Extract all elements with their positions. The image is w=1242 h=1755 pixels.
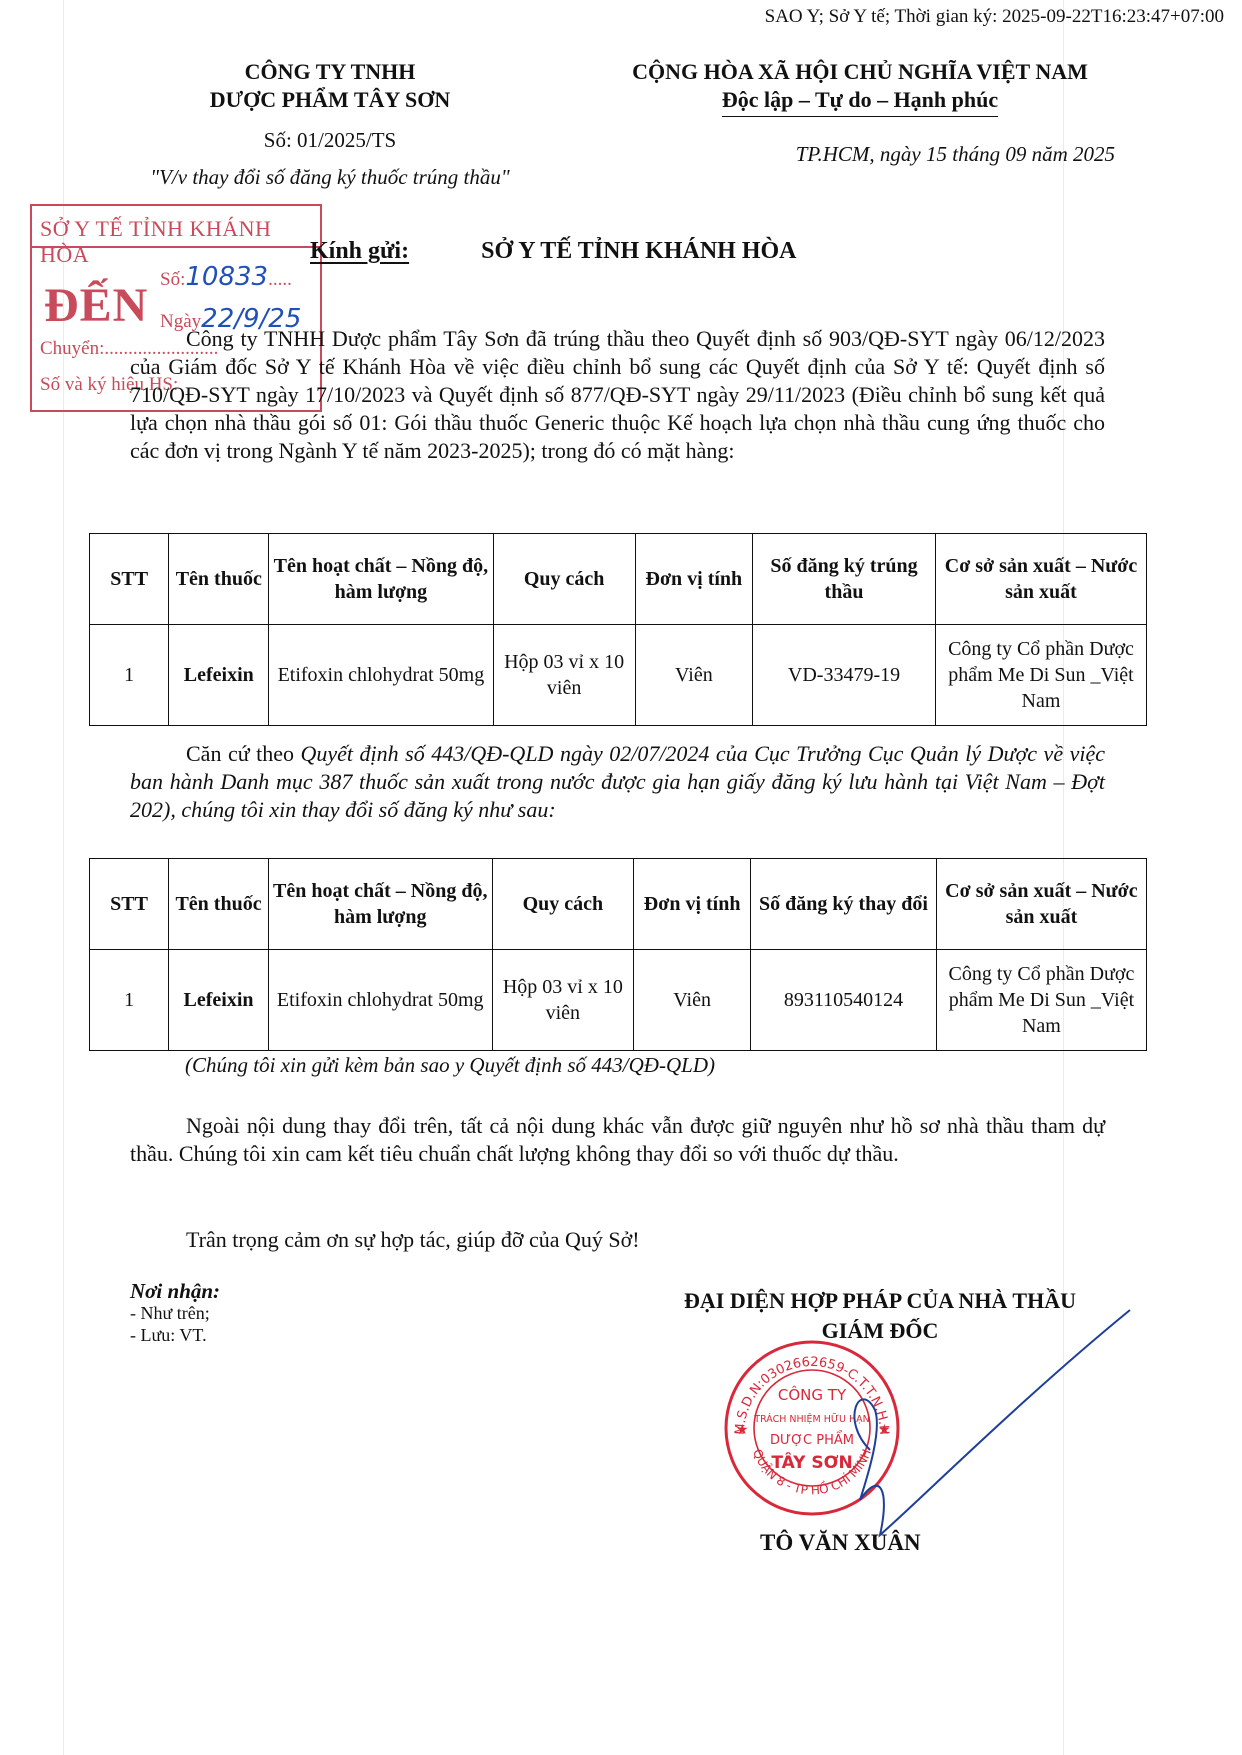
col-header: Đơn vị tính <box>634 859 751 950</box>
col-header: Cơ sở sản xuất – Nước sản xuất <box>936 859 1146 950</box>
recipients-block: Nơi nhận: - Như trên; - Lưu: VT. <box>130 1280 220 1346</box>
body-paragraph-2: Căn cứ theo Quyết định số 443/QĐ-QLD ngà… <box>130 740 1105 824</box>
cell-registration-number: VD-33479-19 <box>753 625 936 726</box>
col-header: STT <box>90 859 169 950</box>
document-subject: "V/v thay đổi số đăng ký thuốc trúng thầ… <box>110 165 550 190</box>
body-paragraph-4: Trân trọng cảm ơn sự hợp tác, giúp đỡ củ… <box>130 1226 1105 1254</box>
cell-drug-name: Lefeixin <box>169 950 269 1051</box>
cell-stt: 1 <box>90 950 169 1051</box>
col-header: Quy cách <box>493 534 635 625</box>
issuing-organization: CÔNG TY TNHH DƯỢC PHẨM TÂY SƠN <box>170 58 490 114</box>
nation-title: CỘNG HÒA XÃ HỘI CHỦ NGHĨA VIỆT NAM <box>560 58 1160 86</box>
cell-stt: 1 <box>90 625 169 726</box>
org-line-1: CÔNG TY TNHH <box>170 58 490 86</box>
table-header-row: STT Tên thuốc Tên hoạt chất – Nồng độ, h… <box>90 534 1147 625</box>
stamp-number-handwritten: 10833 <box>185 262 268 292</box>
col-header: Số đăng ký thay đổi <box>751 859 937 950</box>
changed-registration-table: STT Tên thuốc Tên hoạt chất – Nồng độ, h… <box>89 858 1147 1051</box>
cell-packaging: Hộp 03 vỉ x 10 viên <box>492 950 634 1051</box>
addressee-label: Kính gửi: <box>310 238 409 264</box>
col-header: Cơ sở sản xuất – Nước sản xuất <box>935 534 1146 625</box>
col-header: Quy cách <box>492 859 634 950</box>
col-header: Tên thuốc <box>169 534 269 625</box>
stamp-number-label: Số: <box>160 269 185 290</box>
body-paragraph-3: Ngoài nội dung thay đổi trên, tất cả nội… <box>130 1112 1105 1168</box>
digital-signature-stamp: SAO Y; Sở Y tế; Thời gian ký: 2025-09-22… <box>765 6 1224 28</box>
awarded-drug-table: STT Tên thuốc Tên hoạt chất – Nồng độ, h… <box>89 533 1147 726</box>
svg-text:★: ★ <box>736 1423 749 1438</box>
cell-active-ingredient: Etifoxin chlohydrat 50mg <box>269 625 493 726</box>
col-header: Tên hoạt chất – Nồng độ, hàm lượng <box>269 534 493 625</box>
cell-packaging: Hộp 03 vỉ x 10 viên <box>493 625 635 726</box>
col-header: Số đăng ký trúng thầu <box>753 534 936 625</box>
org-line-2: DƯỢC PHẨM TÂY SƠN <box>170 86 490 114</box>
col-header: Tên thuốc <box>169 859 269 950</box>
place-date: TP.HCM, ngày 15 tháng 09 năm 2025 <box>640 142 1115 167</box>
attachment-note: (Chúng tôi xin gửi kèm bản sao y Quyết đ… <box>185 1053 715 1078</box>
recipient-item: - Như trên; <box>130 1302 220 1324</box>
addressee-recipient: SỞ Y TẾ TỈNH KHÁNH HÒA <box>481 238 796 264</box>
table-row: 1 Lefeixin Etifoxin chlohydrat 50mg Hộp … <box>90 625 1147 726</box>
col-header: STT <box>90 534 169 625</box>
body-paragraph-1: Công ty TNHH Dược phẩm Tây Sơn đã trúng … <box>130 325 1105 465</box>
col-header: Đơn vị tính <box>635 534 752 625</box>
cell-drug-name: Lefeixin <box>169 625 269 726</box>
stamp-divider <box>32 246 320 248</box>
table-row: 1 Lefeixin Etifoxin chlohydrat 50mg Hộp … <box>90 950 1147 1051</box>
cell-unit: Viên <box>634 950 751 1051</box>
national-motto: Độc lập – Tự do – Hạnh phúc <box>722 86 998 117</box>
signer-name: TÔ VĂN XUÂN <box>760 1530 921 1556</box>
addressee-line: Kính gửi: SỞ Y TẾ TỈNH KHÁNH HÒA <box>310 238 797 265</box>
stamp-authority: SỞ Y TẾ TỈNH KHÁNH HÒA <box>40 216 320 268</box>
col-header: Tên hoạt chất – Nồng độ, hàm lượng <box>268 859 492 950</box>
national-header: CỘNG HÒA XÃ HỘI CHỦ NGHĨA VIỆT NAM Độc l… <box>560 58 1160 117</box>
cell-unit: Viên <box>635 625 752 726</box>
cell-manufacturer: Công ty Cổ phần Dược phẩm Me Di Sun _Việ… <box>935 625 1146 726</box>
recipient-item: - Lưu: VT. <box>130 1324 220 1346</box>
table-header-row: STT Tên thuốc Tên hoạt chất – Nồng độ, h… <box>90 859 1147 950</box>
cell-registration-number: 893110540124 <box>751 950 937 1051</box>
handwritten-signature-icon <box>820 1300 1150 1560</box>
cell-manufacturer: Công ty Cổ phần Dược phẩm Me Di Sun _Việ… <box>936 950 1146 1051</box>
document-number: Số: 01/2025/TS <box>170 128 490 153</box>
cell-active-ingredient: Etifoxin chlohydrat 50mg <box>268 950 492 1051</box>
recipients-heading: Nơi nhận: <box>130 1280 220 1302</box>
